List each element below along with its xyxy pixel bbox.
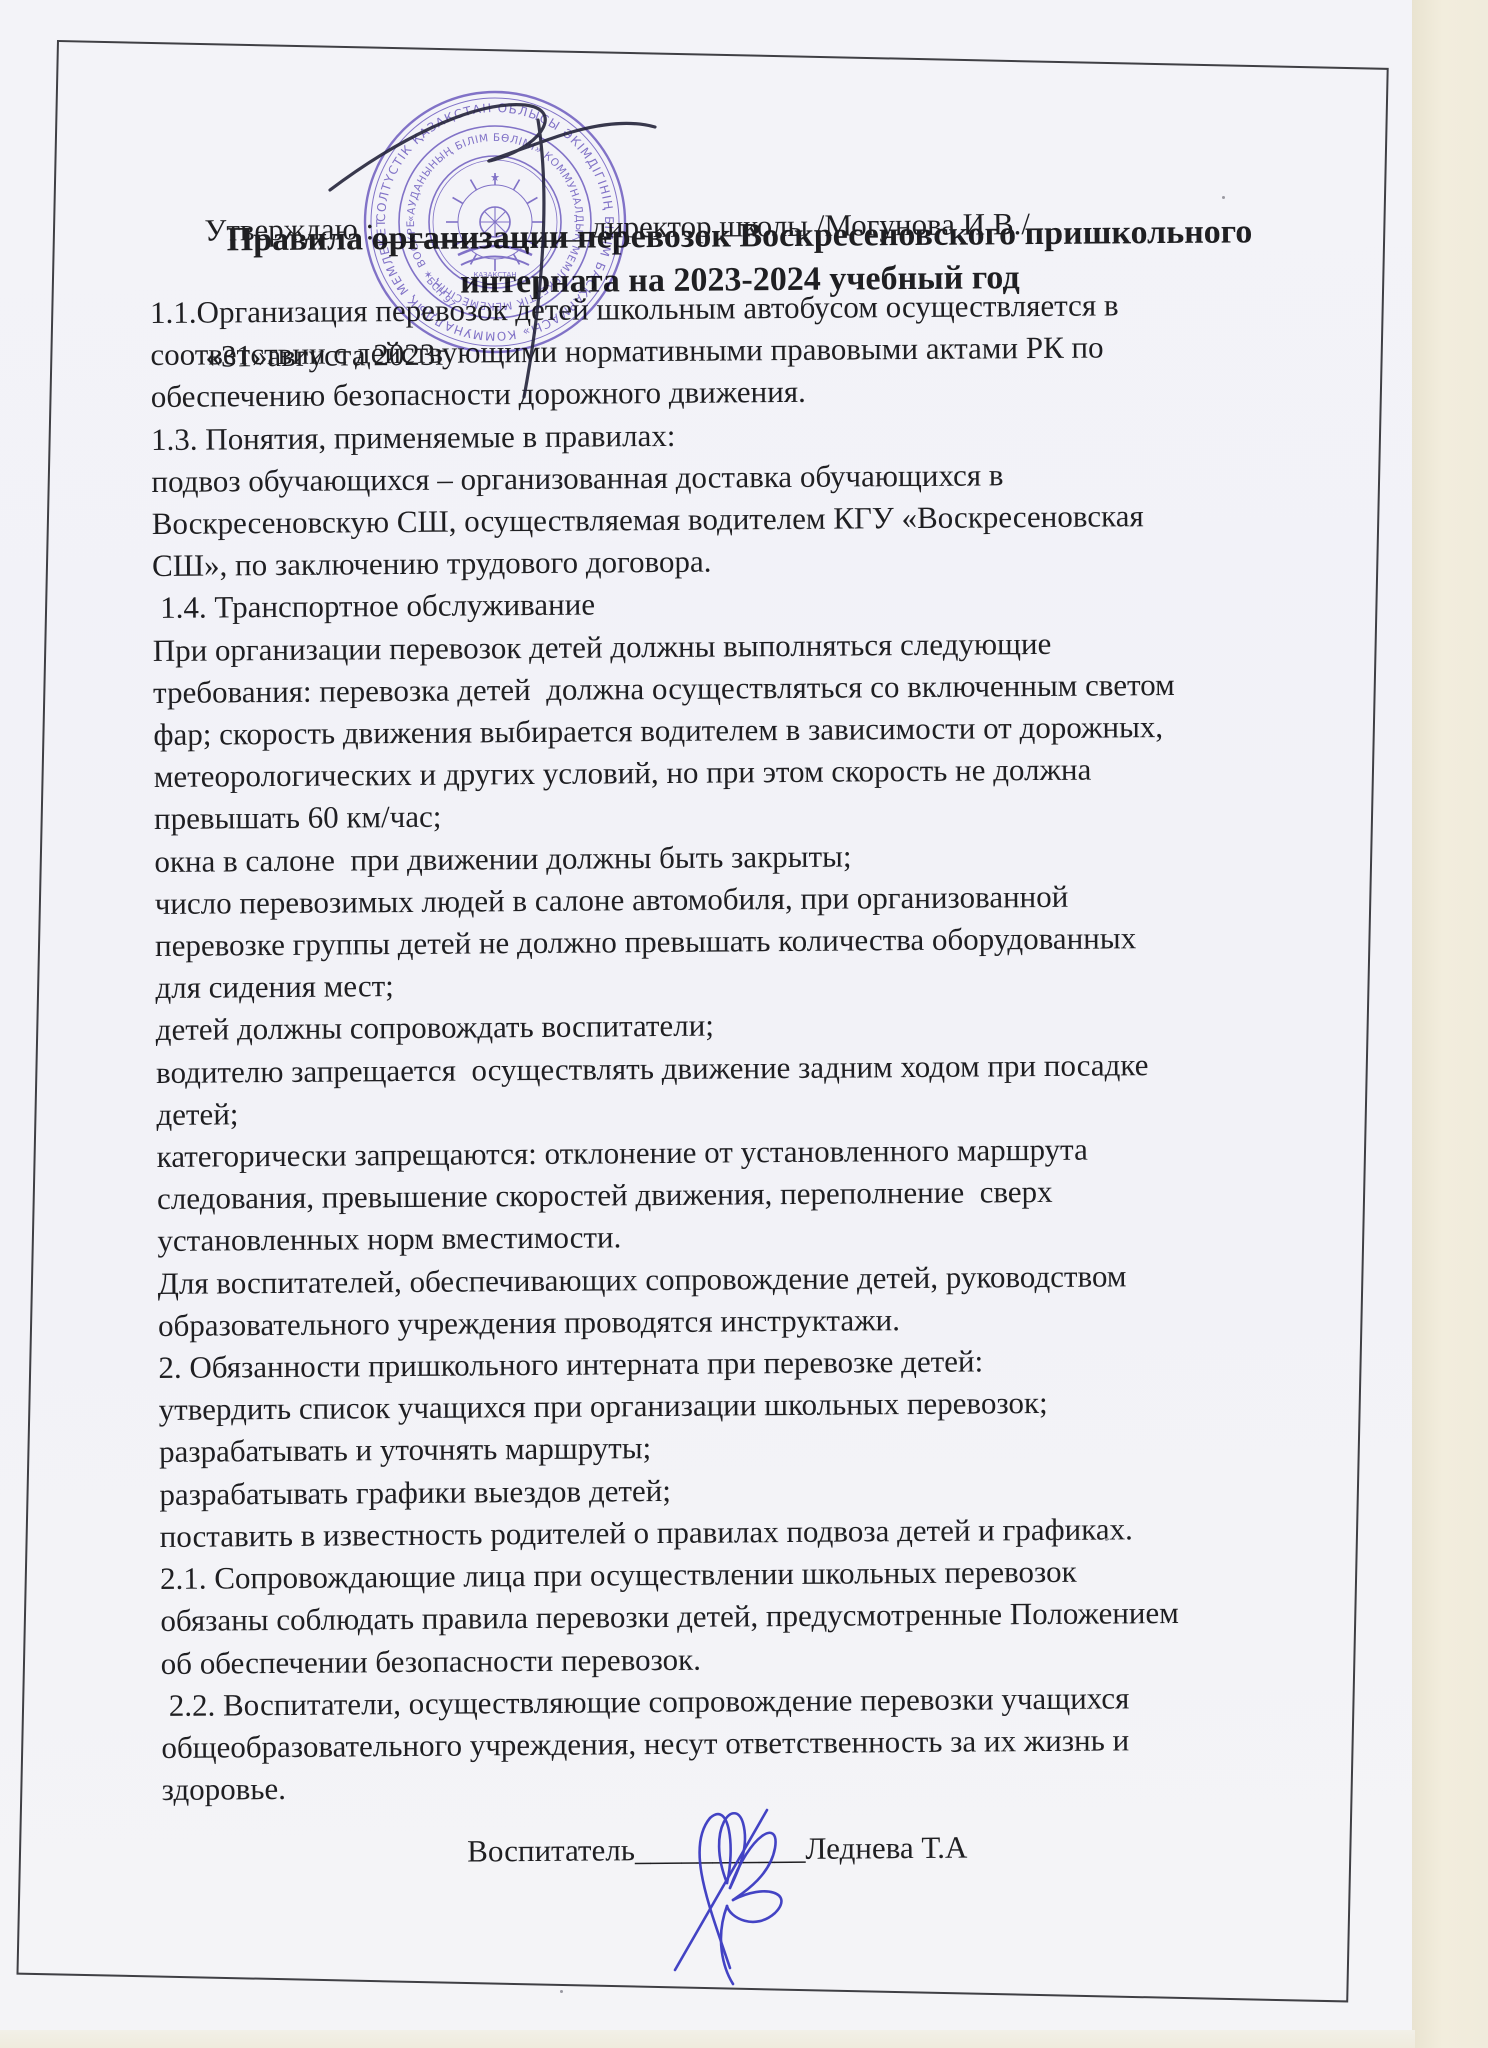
scan-speck [1105,1538,1108,1541]
text-line: Воскресеновскую СШ, осуществляемая водит… [152,495,1174,545]
scan-speck [1222,196,1225,199]
scanned-page: Утверждаю :______________директор школы … [0,0,1415,2034]
document-body: 1.1.Организация перевозок детей школьным… [150,284,1184,1811]
text-line: общеобразовательного учреждения, несут о… [161,1719,1183,1769]
director-signature-ink [300,75,700,445]
text-line: перевозке группы детей не должно превыша… [155,917,1177,967]
scan-edge [1412,0,1488,2048]
text-line: утвердить список учащихся при организаци… [159,1381,1181,1431]
text-line: Для воспитателей, обеспечивающих сопрово… [158,1255,1180,1305]
role-label: Воспитатель [467,1832,635,1868]
caretaker-signature-ink [615,1788,845,1998]
text-line: обязаны соблюдать правила перевозки дете… [160,1592,1182,1642]
text-line: метеорологических и других условий, но п… [154,748,1176,798]
document-content: Утверждаю :______________директор школы … [0,0,1429,2035]
text-line: водителю запрещается осуществлять движен… [156,1044,1178,1094]
text-line: следования, превышение скоростей движени… [157,1170,1179,1220]
scan-bottom-edge [0,2030,1415,2048]
scan-speck [560,1990,563,1993]
